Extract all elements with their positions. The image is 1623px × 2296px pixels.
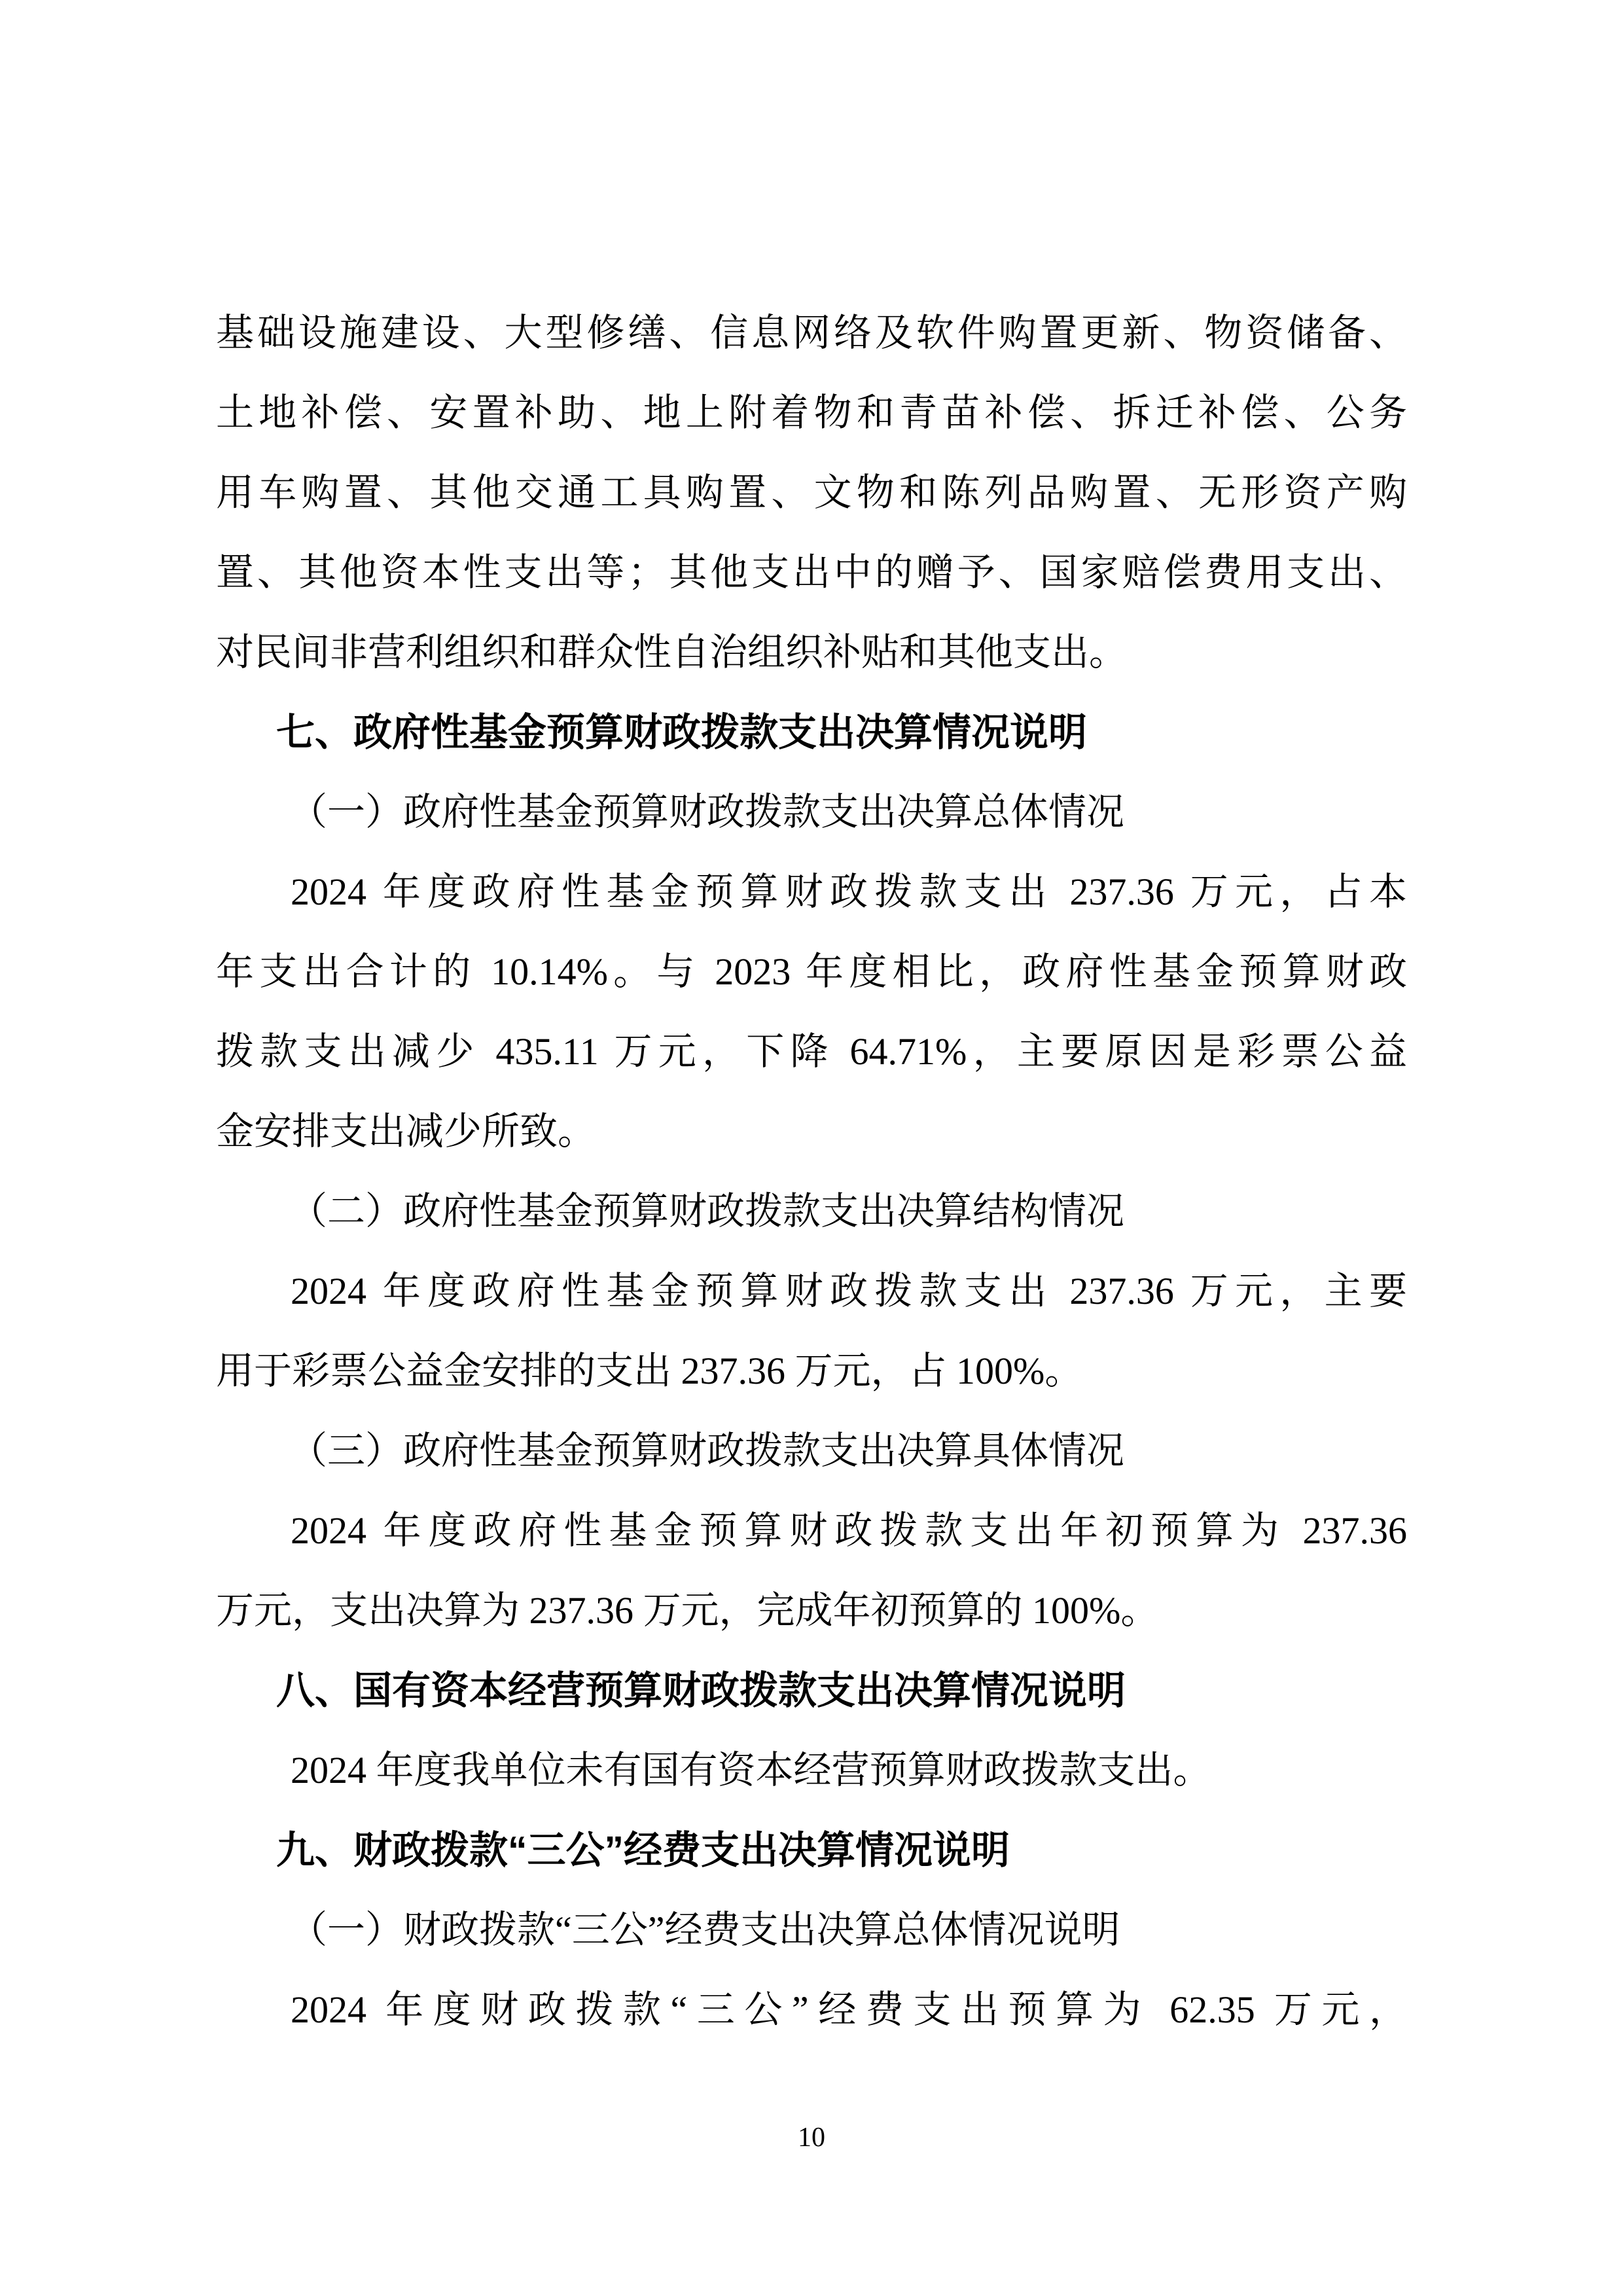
- body-paragraph-line: 对民间非营利组织和群众性自治组织补贴和其他支出。: [216, 613, 1407, 692]
- body-paragraph-line: 2024 年度财政拨款“三公”经费支出预算为 62.35 万元，: [216, 1970, 1407, 2050]
- body-paragraph-line: 用于彩票公益金安排的支出 237.36 万元，占 100%。: [216, 1331, 1407, 1411]
- subsection-heading-one-sangong: （一）财政拨款“三公”经费支出决算总体情况说明: [216, 1890, 1407, 1970]
- subsection-heading-three: （三）政府性基金预算财政拨款支出决算具体情况: [216, 1411, 1407, 1491]
- body-paragraph-line: 土地补偿、安置补助、地上附着物和青苗补偿、拆迁补偿、公务: [216, 373, 1407, 453]
- body-paragraph-line: 置、其他资本性支出等；其他支出中的赠予、国家赔偿费用支出、: [216, 533, 1407, 613]
- body-paragraph-line: 拨款支出减少 435.11 万元，下降 64.71%，主要原因是彩票公益: [216, 1012, 1407, 1092]
- document-page: 基础设施建设、大型修缮、信息网络及软件购置更新、物资储备、 土地补偿、安置补助、…: [0, 0, 1623, 2296]
- subsection-heading-one: （一）政府性基金预算财政拨款支出决算总体情况: [216, 772, 1407, 852]
- body-paragraph-line: 基础设施建设、大型修缮、信息网络及软件购置更新、物资储备、: [216, 293, 1407, 373]
- document-body: 基础设施建设、大型修缮、信息网络及软件购置更新、物资储备、 土地补偿、安置补助、…: [216, 293, 1407, 2050]
- body-paragraph-line: 2024 年度政府性基金预算财政拨款支出 237.36 万元，主要: [216, 1251, 1407, 1331]
- section-heading-eight: 八、国有资本经营预算财政拨款支出决算情况说明: [216, 1651, 1407, 1731]
- body-paragraph-line: 万元，支出决算为 237.36 万元，完成年初预算的 100%。: [216, 1571, 1407, 1651]
- section-heading-nine: 九、财政拨款“三公”经费支出决算情况说明: [216, 1810, 1407, 1890]
- page-number: 10: [798, 2123, 825, 2153]
- body-paragraph-line: 用车购置、其他交通工具购置、文物和陈列品购置、无形资产购: [216, 453, 1407, 533]
- page-footer: 10: [0, 2122, 1623, 2153]
- body-paragraph-line: 2024 年度政府性基金预算财政拨款支出年初预算为 237.36: [216, 1491, 1407, 1571]
- body-paragraph-line: 金安排支出减少所致。: [216, 1092, 1407, 1172]
- subsection-heading-two: （二）政府性基金预算财政拨款支出决算结构情况: [216, 1172, 1407, 1251]
- body-paragraph-line: 年支出合计的 10.14%。与 2023 年度相比，政府性基金预算财政: [216, 932, 1407, 1012]
- body-paragraph-line: 2024 年度我单位未有国有资本经营预算财政拨款支出。: [216, 1731, 1407, 1810]
- body-paragraph-line: 2024 年度政府性基金预算财政拨款支出 237.36 万元，占本: [216, 852, 1407, 932]
- section-heading-seven: 七、政府性基金预算财政拨款支出决算情况说明: [216, 692, 1407, 772]
